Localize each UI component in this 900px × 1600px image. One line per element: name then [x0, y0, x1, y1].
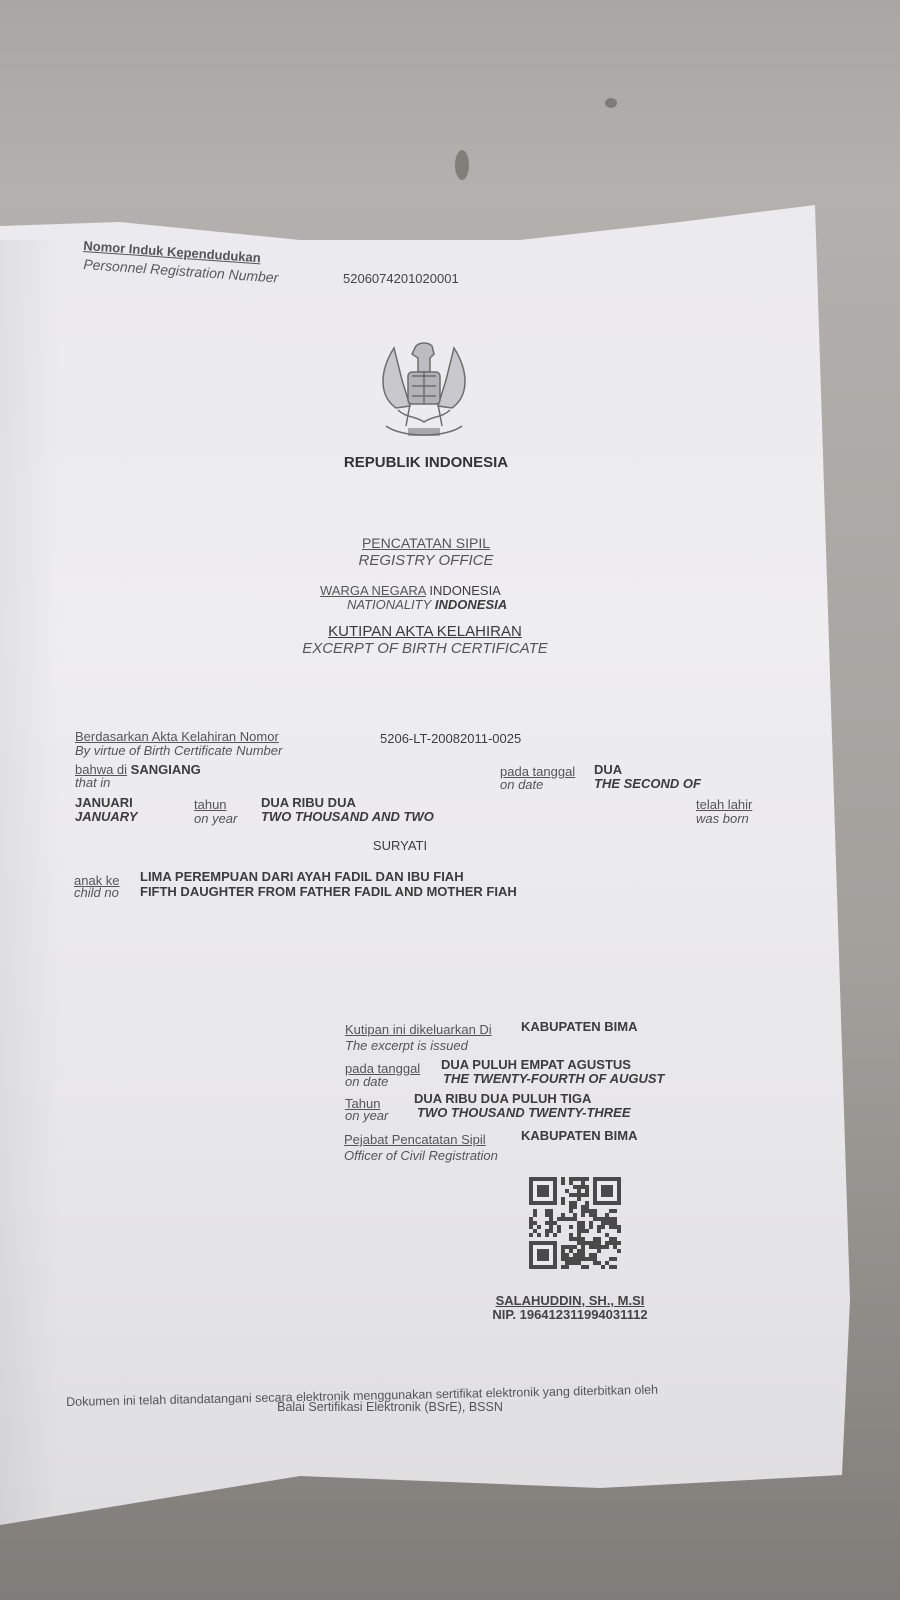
nationality-row-id: WARGA NEGARA INDONESIA	[320, 583, 501, 598]
born-label-id: telah lahir	[696, 797, 752, 812]
cert-no-label-en: By virtue of Birth Certificate Number	[75, 743, 282, 758]
nationality-value-id: INDONESIA	[429, 583, 501, 598]
birth-year-value-id: DUA RIBU DUA	[261, 795, 356, 810]
registry-office-en: REGISTRY OFFICE	[300, 552, 552, 569]
issued-date-label-en: on date	[345, 1074, 388, 1089]
issued-place-label-id: Kutipan ini dikeluarkan Di	[345, 1022, 492, 1037]
issued-year-value-en: TWO THOUSAND TWENTY-THREE	[417, 1105, 631, 1120]
footer-line-2: Balai Sertifikasi Elektronik (BSrE), BSS…	[250, 1400, 530, 1414]
issued-place-value: KABUPATEN BIMA	[521, 1019, 638, 1034]
birth-year-value-en: TWO THOUSAND AND TWO	[261, 809, 434, 824]
born-label-en: was born	[696, 811, 749, 826]
country-title: REPUBLIK INDONESIA	[300, 454, 552, 471]
issued-date-value-id: DUA PULUH EMPAT AGUSTUS	[441, 1057, 631, 1072]
signer-name: SALAHUDDIN, SH., M.SI	[460, 1293, 680, 1308]
child-order-value-id: LIMA PEREMPUAN DARI AYAH FADIL DAN IBU F…	[140, 869, 464, 884]
child-order-value-en: FIFTH DAUGHTER FROM FATHER FADIL AND MOT…	[140, 884, 517, 899]
birth-year-label-en: on year	[194, 811, 237, 826]
birth-month-id: JANUARI	[75, 795, 133, 810]
place-label-en: that in	[75, 775, 110, 790]
nationality-value-en: INDONESIA	[435, 597, 507, 612]
issued-year-value-id: DUA RIBU DUA PULUH TIGA	[414, 1091, 591, 1106]
child-name: SURYATI	[340, 838, 460, 853]
child-order-label-en: child no	[74, 885, 119, 900]
signer-nip: NIP. 196412311994031112	[460, 1307, 680, 1322]
nik-value: 5206074201020001	[343, 271, 459, 286]
doc-title-en: EXCERPT OF BIRTH CERTIFICATE	[280, 640, 570, 657]
issued-place-label-en: The excerpt is issued	[345, 1038, 468, 1053]
qr-code-icon	[529, 1176, 621, 1270]
registry-office-id: PENCATATAN SIPIL	[300, 535, 552, 551]
birth-year-label-id: tahun	[194, 797, 227, 812]
garuda-pancasila-emblem-icon	[372, 340, 476, 445]
birth-certificate-paper: Nomor Induk Kependudukan Personnel Regis…	[0, 0, 900, 1600]
officer-value: KABUPATEN BIMA	[521, 1128, 638, 1143]
birth-month-en: JANUARY	[75, 809, 138, 824]
officer-label-en: Officer of Civil Registration	[344, 1148, 498, 1163]
officer-label-id: Pejabat Pencatatan Sipil	[344, 1132, 486, 1147]
birth-date-value-id: DUA	[594, 762, 622, 777]
issued-date-value-en: THE TWENTY-FOURTH OF AUGUST	[443, 1071, 664, 1086]
background-stain	[455, 150, 469, 180]
birth-date-label-en: on date	[500, 777, 543, 792]
birth-date-value-en: THE SECOND OF	[594, 776, 701, 791]
nationality-row-en: NATIONALITY INDONESIA	[347, 597, 507, 612]
cert-no-value: 5206-LT-20082011-0025	[380, 731, 521, 746]
cert-no-label-id: Berdasarkan Akta Kelahiran Nomor	[75, 729, 279, 744]
place-value: SANGIANG	[131, 762, 201, 777]
doc-title-id: KUTIPAN AKTA KELAHIRAN	[280, 623, 570, 640]
nationality-label-id: WARGA NEGARA	[320, 583, 426, 598]
nationality-label-en: NATIONALITY	[347, 597, 431, 612]
issued-year-label-en: on year	[345, 1108, 388, 1123]
background-stain	[605, 98, 617, 108]
